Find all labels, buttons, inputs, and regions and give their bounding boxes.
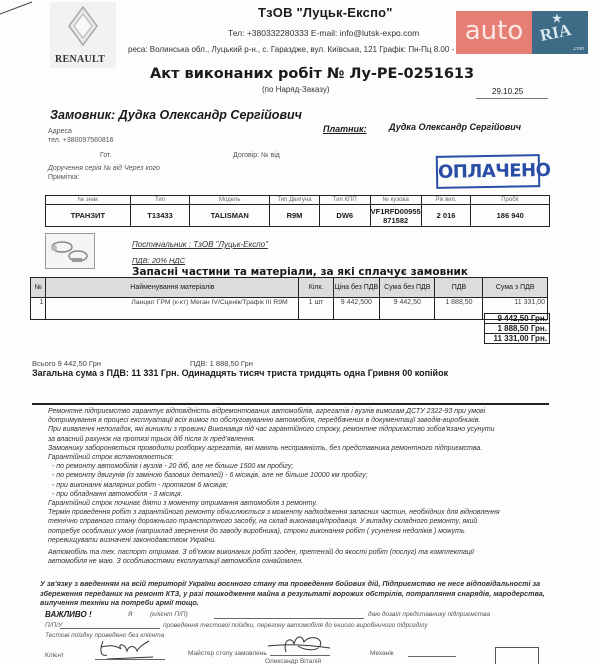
terms-line: технічно справного стану дорожнього тран…: [48, 517, 568, 526]
renault-logo: RENAULT: [50, 2, 116, 68]
terms-line: При виявленні неполадок, які виникли з п…: [48, 425, 568, 434]
got-label: Гот.: [100, 152, 111, 159]
renault-diamond-icon: [67, 6, 99, 46]
document-subtitle: (по Наряд-Заказу): [262, 85, 329, 94]
parts-table: № Найменування матеріалів Кілк. Ціна без…: [30, 277, 548, 320]
summary-total: Всього 9 442,50 Грн: [32, 359, 101, 368]
terms-line: Термін проведення робіт з гарантійного р…: [48, 508, 568, 517]
war-notice-line: У зв'язку з введенням на всій території …: [40, 579, 570, 589]
table-row: 1 Ланцюг ГРМ (к-кт) Меган IV/Сценік/Траф…: [31, 298, 548, 320]
master-name: Олександр Віталій: [265, 658, 321, 664]
brand-name: RENAULT: [55, 54, 105, 65]
client-label: Клієнт: [45, 652, 64, 659]
autoria-watermark: auto ★ RIA .com: [456, 11, 588, 54]
martial-law-notice: У зв'язку з введенням на всій території …: [40, 579, 570, 608]
terms-line: Ремонтне підприємство гарантує відповідн…: [48, 407, 568, 416]
customer-phone: тел. +380097560816: [48, 137, 114, 144]
client-signature: [95, 637, 155, 661]
vat-rate: ПДВ: 20% НДС: [132, 256, 185, 265]
mechanic-signature-line[interactable]: [408, 656, 456, 657]
important-label: ВАЖЛИВО !: [45, 610, 92, 619]
terms-line: Гарантійний строк починає діяти з момент…: [48, 499, 568, 508]
company-contacts: Тел: +380332280333 E-mail: info@lutsk-ex…: [228, 28, 419, 38]
document-date: 29.10.25: [492, 87, 523, 96]
divider: [32, 403, 549, 405]
master-signature: [264, 632, 334, 656]
terms-line: Гарантійний строк встановлюється:: [48, 453, 568, 462]
type: T13433: [130, 205, 190, 227]
terms-line: Замовнику забороняється проводити розбор…: [48, 444, 568, 453]
mileage: 186 940: [471, 205, 550, 227]
contract-label: Договір: № від: [233, 152, 280, 159]
terms-line: за власний рахунок на протязі трьох діб …: [48, 435, 568, 444]
terms-line: Автомобіль та тех. паспорт отримав. З об…: [48, 548, 568, 557]
parts-totals: 9 442,50 Грн. 1 888,50 Грн. 11 331,00 Гр…: [484, 314, 550, 344]
model: TALISMAN: [190, 205, 270, 227]
test-drive-text: проведення тестової поїздки, перегону ав…: [163, 622, 428, 629]
part-image: [45, 233, 95, 269]
representative-line[interactable]: [60, 628, 160, 629]
vehicle-header-row: № знак Тип Модель Тип Двигуна Тип КПП № …: [46, 196, 550, 205]
terms-line: перевищувати визначені законодавством Ук…: [48, 536, 568, 545]
total-with-vat: 11 331,00 Грн.: [484, 333, 550, 344]
watermark-auto: auto: [456, 11, 532, 54]
note-label: Примітка:: [48, 174, 79, 181]
plate: ТРАНЗИТ: [46, 205, 131, 227]
timing-chain-icon: [46, 234, 94, 268]
address-label: Адреса: [48, 128, 72, 135]
mechanic-label: Механік: [370, 650, 394, 657]
vin: VF1RFD00955 871582: [370, 205, 421, 227]
client-name-line[interactable]: [214, 618, 364, 619]
client-pib-label: (клієнт П/П): [150, 611, 188, 618]
terms-line: - по ремонту двигунів (із заміною базови…: [48, 471, 568, 480]
master-label: Майстер столу замовлень: [188, 650, 267, 657]
parts-header-row: № Найменування матеріалів Кілк. Ціна без…: [31, 278, 548, 298]
war-notice-line: збереження переданих на ремонт КТЗ, у ра…: [40, 589, 570, 599]
payer-name: Дудка Олександр Сергійович: [389, 122, 521, 132]
watermark-ria: ★ RIA .com: [532, 11, 588, 54]
permission-text: даю дозвіл представнику підприємства: [368, 611, 490, 618]
date-underline: [476, 98, 548, 99]
terms-line: потребує особливих умов (наприклад зверн…: [48, 527, 568, 536]
gearbox-type: DW6: [319, 205, 370, 227]
seal-box: [495, 647, 539, 664]
vehicle-data-row: ТРАНЗИТ T13433 TALISMAN R9M DW6 VF1RFD00…: [46, 205, 550, 227]
master-signature-line[interactable]: [270, 655, 330, 656]
customer-name: Замовник: Дудка Олександр Сергійович: [50, 108, 302, 122]
terms-line: автомобіля не маю. З особливостями експл…: [48, 557, 568, 566]
summary-vat: ПДВ: 1 888,50 Грн: [190, 359, 253, 368]
vehicle-table: № знак Тип Модель Тип Двигуна Тип КПП № …: [45, 195, 550, 227]
paid-stamp: ОПЛАЧЕНО: [436, 154, 541, 189]
client-signature-line[interactable]: [95, 659, 165, 660]
warranty-terms: Ремонтне підприємство гарантує відповідн…: [48, 407, 568, 566]
terms-line: - при виконанні малярних робіт - протяго…: [48, 481, 568, 490]
company-address: реса: Волинська обл., Луцький р-н., с. Г…: [128, 45, 472, 54]
supplier-label: Постачальник : ТзОВ "Луцьк-Експо": [132, 240, 268, 249]
year: 2 016: [421, 205, 471, 227]
war-notice-line: вилучення техніки на потреби армії тощо.: [40, 598, 570, 608]
company-name: ТзОВ "Луцьк-Експо": [258, 5, 393, 20]
engine-type: R9M: [270, 205, 320, 227]
i-label: Я: [128, 611, 132, 618]
document-title: Акт виконаних робіт № Лу-РЕ-0251613: [150, 66, 474, 82]
payer-label: Платник:: [323, 124, 367, 134]
terms-line: дотримування в процесі експлуатації всіх…: [48, 416, 568, 425]
summary-grand-total: Загальна сума з ПДВ: 11 331 Грн. Одинадц…: [32, 368, 448, 378]
terms-line: - при обладнанні автомобіля - 3 місяця.: [48, 490, 568, 499]
terms-line: - по ремонту автомобілів і вузлів - 20 д…: [48, 462, 568, 471]
authorization-label: Доручення серія № від Через кого: [48, 165, 160, 172]
scan-artifact-line: [0, 0, 40, 20]
